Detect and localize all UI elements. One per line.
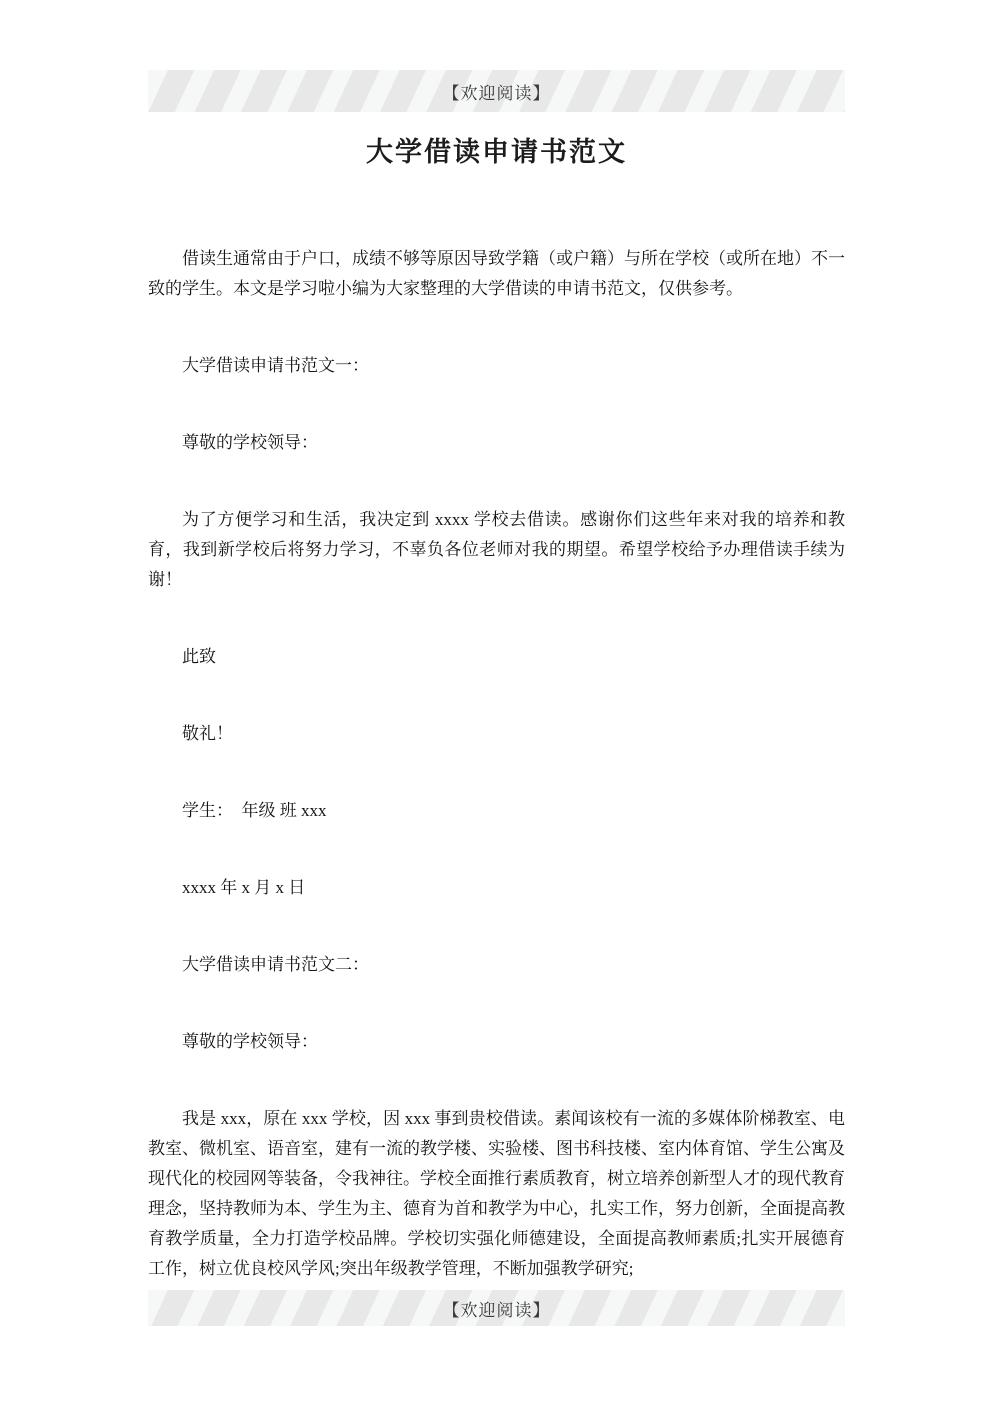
footer-band: 【欢迎阅读】: [148, 1290, 845, 1326]
sample-1-closing-cizhi: 此致: [148, 642, 845, 672]
sample-2-heading: 大学借读申请书范文二：: [148, 950, 845, 980]
header-band: 【欢迎阅读】: [148, 70, 845, 112]
sample-1-body-paragraph: 为了方便学习和生活，我决定到 xxxx 学校去借读。感谢你们这些年来对我的培养和…: [148, 505, 845, 595]
document-page: 【欢迎阅读】 大学借读申请书范文 借读生通常由于户口，成绩不够等原因导致学籍（或…: [0, 0, 993, 1404]
sample-2-salutation: 尊敬的学校领导：: [148, 1027, 845, 1057]
sample-2-body-paragraph: 我是 xxx，原在 xxx 学校，因 xxx 事到贵校借读。素闻该校有一流的多媒…: [148, 1104, 845, 1284]
sample-1-date-line: xxxx 年 x 月 x 日: [148, 873, 845, 903]
document-title: 大学借读申请书范文: [148, 134, 845, 170]
header-band-label: 【欢迎阅读】: [443, 79, 551, 104]
document-body: 借读生通常由于户口，成绩不够等原因导致学籍（或户籍）与所在学校（或所在地）不一致…: [148, 244, 845, 1284]
sample-1-heading: 大学借读申请书范文一：: [148, 351, 845, 381]
document-content: 大学借读申请书范文 借读生通常由于户口，成绩不够等原因导致学籍（或户籍）与所在学…: [148, 112, 845, 1284]
intro-paragraph: 借读生通常由于户口，成绩不够等原因导致学籍（或户籍）与所在学校（或所在地）不一致…: [148, 244, 845, 304]
sample-1-closing-jingli: 敬礼！: [148, 719, 845, 749]
sample-1-salutation: 尊敬的学校领导：: [148, 428, 845, 458]
sample-1-signature-line: 学生： 年级 班 xxx: [148, 796, 845, 826]
footer-band-label: 【欢迎阅读】: [443, 1296, 551, 1321]
